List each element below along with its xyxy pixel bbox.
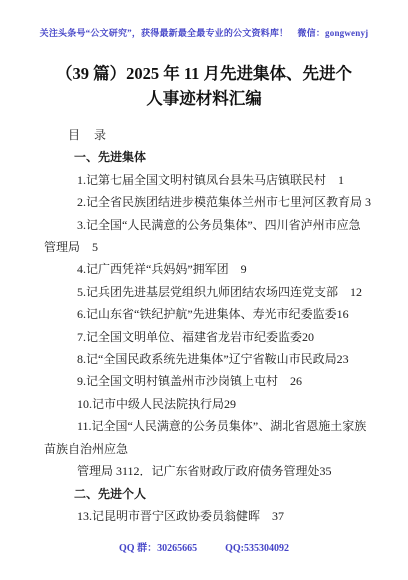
page-title-line-2: 人事迹材料汇编 [20,86,388,111]
page-title: （39 篇）2025 年 11 月先进集体、先进个 人事迹材料汇编 [20,61,388,111]
toc-line: 5.记兵团先进基层党组织九师团结农场四连党支部 12 [44,281,374,303]
toc-line: 8.记“全国民政系统先进集体”辽宁省鞍山市民政局23 [44,348,374,370]
toc-line: 13.记昆明市晋宁区政协委员翁健晖 37 [44,505,374,527]
toc-line: 4.记广西凭祥“兵妈妈”拥军团 9 [44,258,374,280]
toc-heading: 目 录 [44,124,374,146]
toc-section-heading: 二、先进个人 [44,483,374,505]
table-of-contents: 目 录 一、先进集体1.记第七届全国文明村镇凤台县朱马店镇联民村 12.记全省民… [44,124,374,527]
toc-line: 管理局 3112．记广东省财政厅政府债务管理处35 [44,460,374,482]
toc-line: 11.记全国“人民满意的公务员集体”、湖北省恩施土家族 [44,415,374,437]
toc-line: 7.记全国文明单位、福建省龙岩市纪委监委20 [44,326,374,348]
page-title-line-1: （39 篇）2025 年 11 月先进集体、先进个 [20,61,388,86]
toc-line: 9.记全国文明村镇盖州市沙岗镇上屯村 26 [44,370,374,392]
toc-line: 1.记第七届全国文明村镇凤台县朱马店镇联民村 1 [44,169,374,191]
toc-line: 6.记山东省“铁纪护航”先进集体、寿光市纪委监委16 [44,303,374,325]
header-promo-notice: 关注头条号“公文研究”，获得最新最全最专业的公文资料库！ 微信：gongweny… [0,26,408,39]
qq-number: QQ:535304092 [225,543,289,554]
toc-line: 10.记市中级人民法院执行局29 [44,393,374,415]
footer-contact: QQ 群：30265665QQ:535304092 [0,539,408,554]
qq-group-number: QQ 群：30265665 [119,543,197,554]
toc-line: 2.记全省民族团结进步模范集体兰州市七里河区教育局 3 [44,191,374,213]
toc-line: 3.记全国“人民满意的公务员集体”、四川省泸州市应急 [44,214,374,236]
toc-line: 苗族自治州应急 [44,438,374,460]
document-page: 关注头条号“公文研究”，获得最新最全最专业的公文资料库！ 微信：gongweny… [0,0,408,580]
toc-section-heading: 一、先进集体 [44,146,374,168]
toc-line: 管理局 5 [44,236,374,258]
